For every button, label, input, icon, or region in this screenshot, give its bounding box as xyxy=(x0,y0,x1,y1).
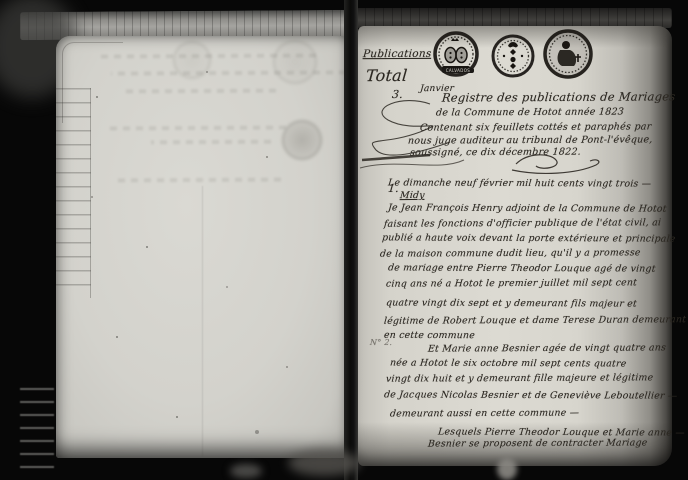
bleedthrough-ghost-line xyxy=(106,126,286,131)
register-body-line: de la maison commune dudit lieu, qu'il y… xyxy=(379,247,641,259)
register-body-line: publié a haute voix devant la porte exté… xyxy=(382,232,677,244)
register-title-line: nous juge auditeur au tribunal de Pont-l… xyxy=(407,134,653,146)
register-body-line: légitime de Robert Louque et dame Terese… xyxy=(383,314,686,327)
paper-specks xyxy=(56,36,58,38)
page-right: CALVADOS Publications Total 3. Janvier xyxy=(358,26,672,466)
register-body-line: Le dimanche neuf février mil huit cents … xyxy=(388,177,652,189)
round-fiscal-stamp-crown-icon xyxy=(490,32,536,80)
register-body-line: Je Jean François Henry adjoint de la Com… xyxy=(388,202,668,214)
round-fiscal-stamp-figure-icon xyxy=(542,28,594,80)
register-body-line: cinq ans né a Hotot le premier juillet m… xyxy=(385,277,637,289)
bottom-shadow xyxy=(497,458,517,480)
register-body-line: née a Hotot le six octobre mil sept cent… xyxy=(390,357,627,369)
bottom-shadow xyxy=(230,464,262,478)
bleedthrough-ghost-line xyxy=(151,140,271,145)
signature-flourish-icon xyxy=(508,150,603,176)
register-body-line: Lesquels Pierre Theodor Louque et Marie … xyxy=(438,426,686,438)
bleedthrough-ghost-stamp xyxy=(273,40,317,84)
bleedthrough-ghost-line xyxy=(116,178,281,183)
page-left xyxy=(56,36,346,458)
page-stack-top-edge-right xyxy=(356,8,672,28)
page-edge-ticks xyxy=(20,388,54,472)
book-scan: CALVADOS Publications Total 3. Janvier xyxy=(0,0,688,480)
margin-note-total: Total xyxy=(365,66,408,85)
page-fold-crease xyxy=(202,186,203,456)
register-title-line: de la Commune de Hotot année 1823 xyxy=(436,107,625,119)
spine-ticks xyxy=(56,88,91,298)
register-body-line: de mariage entre Pierre Theodor Louque a… xyxy=(388,262,657,274)
register-body-line: Et Marie anne Besnier agée de vingt quat… xyxy=(427,342,666,354)
register-body-line: demeurant aussi en cette commune — xyxy=(390,408,580,420)
margin-note-publications: Publications xyxy=(362,48,431,60)
register-title-line: Contenant six feuillets cottés et paraph… xyxy=(419,121,651,133)
round-fiscal-stamp-shields-icon xyxy=(432,30,480,80)
register-body-line: en cette commune xyxy=(384,330,476,341)
bleedthrough-ghost-line xyxy=(126,89,276,94)
register-title-line: Registre des publications de Mariages xyxy=(441,89,676,104)
stamp-caption: CALVADOS xyxy=(442,68,474,73)
register-body-line: de Jacques Nicolas Besnier et de Geneviè… xyxy=(384,389,678,401)
register-body-line: Midy xyxy=(400,190,426,201)
bottom-shadow xyxy=(288,450,360,476)
register-body-line: Besnier se proposent de contracter Maria… xyxy=(427,437,647,449)
register-body-line: vingt dix huit et y demeurant fille maje… xyxy=(385,372,653,384)
bleedthrough-ghost-stamp xyxy=(282,120,322,160)
register-body-line: faisant les fonctions d'officier publiqu… xyxy=(383,217,661,229)
gutter-shadow xyxy=(344,0,358,480)
register-body-line: quatre vingt dix sept et y demeurant fil… xyxy=(386,297,638,309)
